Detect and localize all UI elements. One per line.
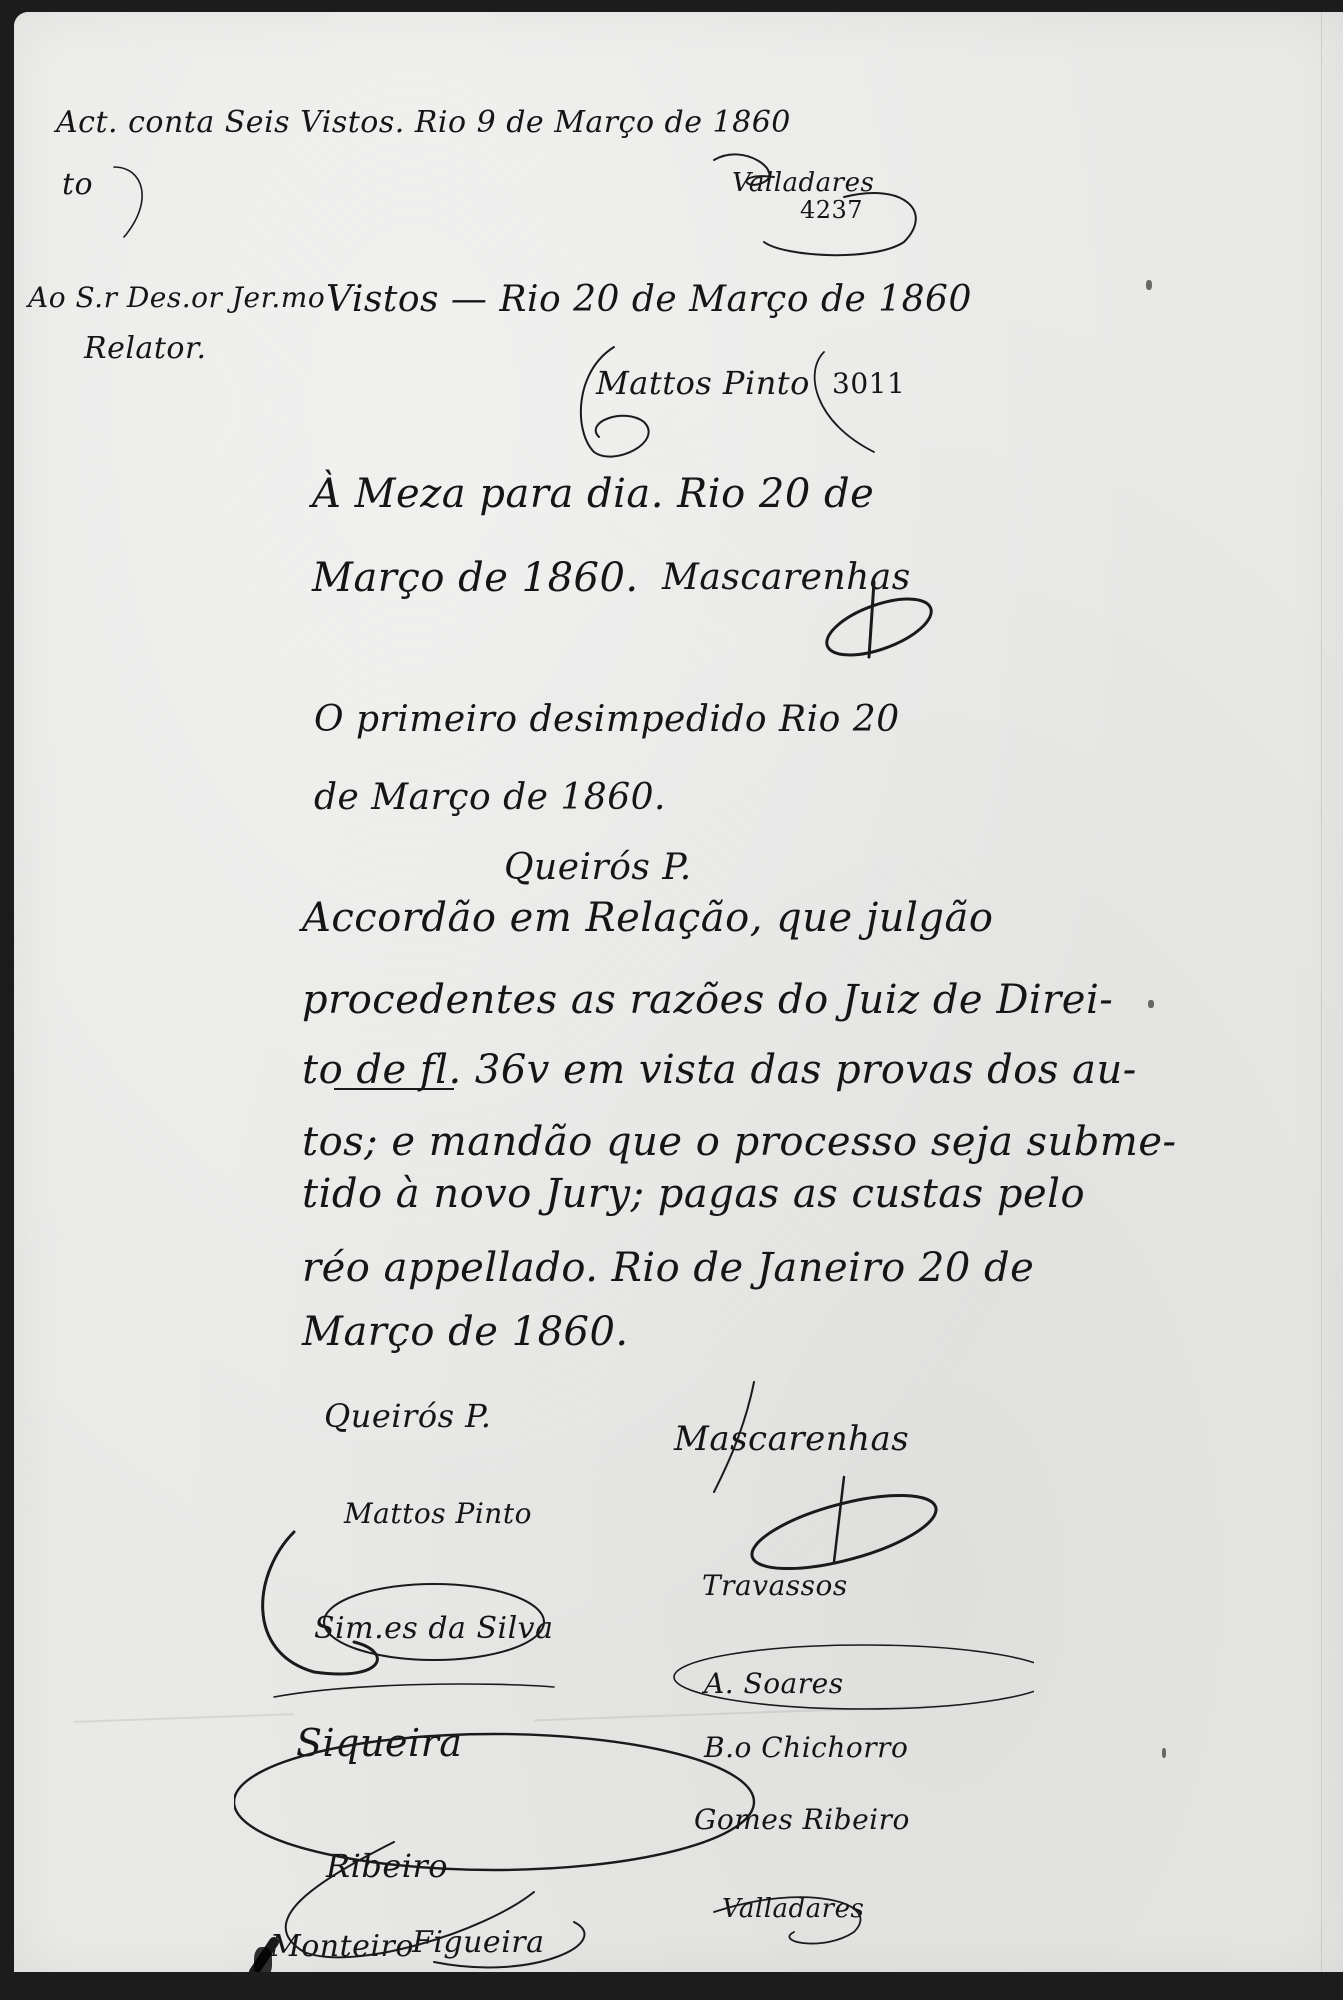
- signature-mascarenhas-2: Mascarenhas: [674, 1422, 909, 1456]
- page-fold-line: [1321, 12, 1322, 1978]
- signature-valladares-bottom: Valladares: [722, 1896, 864, 1922]
- decision-line: tos; e mandão que o processo seja subme-: [302, 1122, 1177, 1162]
- ink-speck: [1162, 1748, 1166, 1758]
- decision-line: Accordão em Relação, que julgão: [302, 898, 993, 938]
- scheduling-line-1: O primeiro desimpedido Rio 20: [314, 702, 900, 738]
- ink-speck: [1146, 280, 1152, 290]
- reference-underline: [334, 1088, 454, 1090]
- decision-line: to de fl. 36v em vista das provas dos au…: [302, 1050, 1137, 1090]
- signature-valladares-top: Valladares: [732, 170, 874, 196]
- decision-line: Março de 1860.: [302, 1312, 629, 1352]
- signature-soares: A. Soares: [704, 1670, 844, 1698]
- dispatch-line-2: Março de 1860.: [312, 558, 639, 598]
- reference-number: 4237: [800, 198, 863, 222]
- document-page: Act. conta Seis Vistos. Rio 9 de Março d…: [14, 12, 1343, 1978]
- signature-siqueira: Siqueira: [296, 1724, 462, 1762]
- decision-line: procedentes as razões do Juiz de Direi-: [302, 980, 1113, 1020]
- dispatch-line-1: À Meza para dia. Rio 20 de: [312, 474, 874, 514]
- signature-queiros-1: Queirós P.: [504, 850, 692, 886]
- decision-line: tido à novo Jury; pagas as custas pelo: [302, 1174, 1085, 1214]
- margin-label-relator: Relator.: [84, 334, 207, 364]
- scheduling-line-2: de Março de 1860.: [314, 780, 666, 816]
- header-note-to: to: [62, 170, 93, 200]
- signature-mattos-pinto-2: Mattos Pinto: [344, 1500, 532, 1528]
- distribution-number: 3011: [832, 370, 905, 398]
- signature-monteiro: Monteiro: [270, 1932, 414, 1962]
- scan-bottom-edge: [0, 1972, 1343, 2000]
- header-note-line: Act. conta Seis Vistos. Rio 9 de Março d…: [56, 108, 791, 138]
- signature-figueira: Figueira: [412, 1928, 545, 1958]
- distribution-text: Vistos — Rio 20 de Março de 1860: [326, 282, 972, 318]
- signature-mascarenhas-1: Mascarenhas: [662, 560, 911, 596]
- signature-chichorro: B.o Chichorro: [704, 1734, 908, 1762]
- signature-queiros-2: Queirós P.: [324, 1400, 491, 1432]
- signature-ribeiro: Ribeiro: [326, 1850, 448, 1882]
- ink-speck: [1148, 1000, 1154, 1008]
- signature-travassos: Travassos: [702, 1572, 848, 1600]
- signature-simoes-da-silva: Sim.es da Silva: [314, 1614, 554, 1644]
- signature-gomes-ribeiro: Gomes Ribeiro: [694, 1806, 910, 1834]
- signature-mattos-pinto: Mattos Pinto: [596, 367, 810, 399]
- decision-line: réo appellado. Rio de Janeiro 20 de: [302, 1248, 1034, 1288]
- margin-label-judge: Ao S.r Des.or Jer.mo: [28, 284, 325, 312]
